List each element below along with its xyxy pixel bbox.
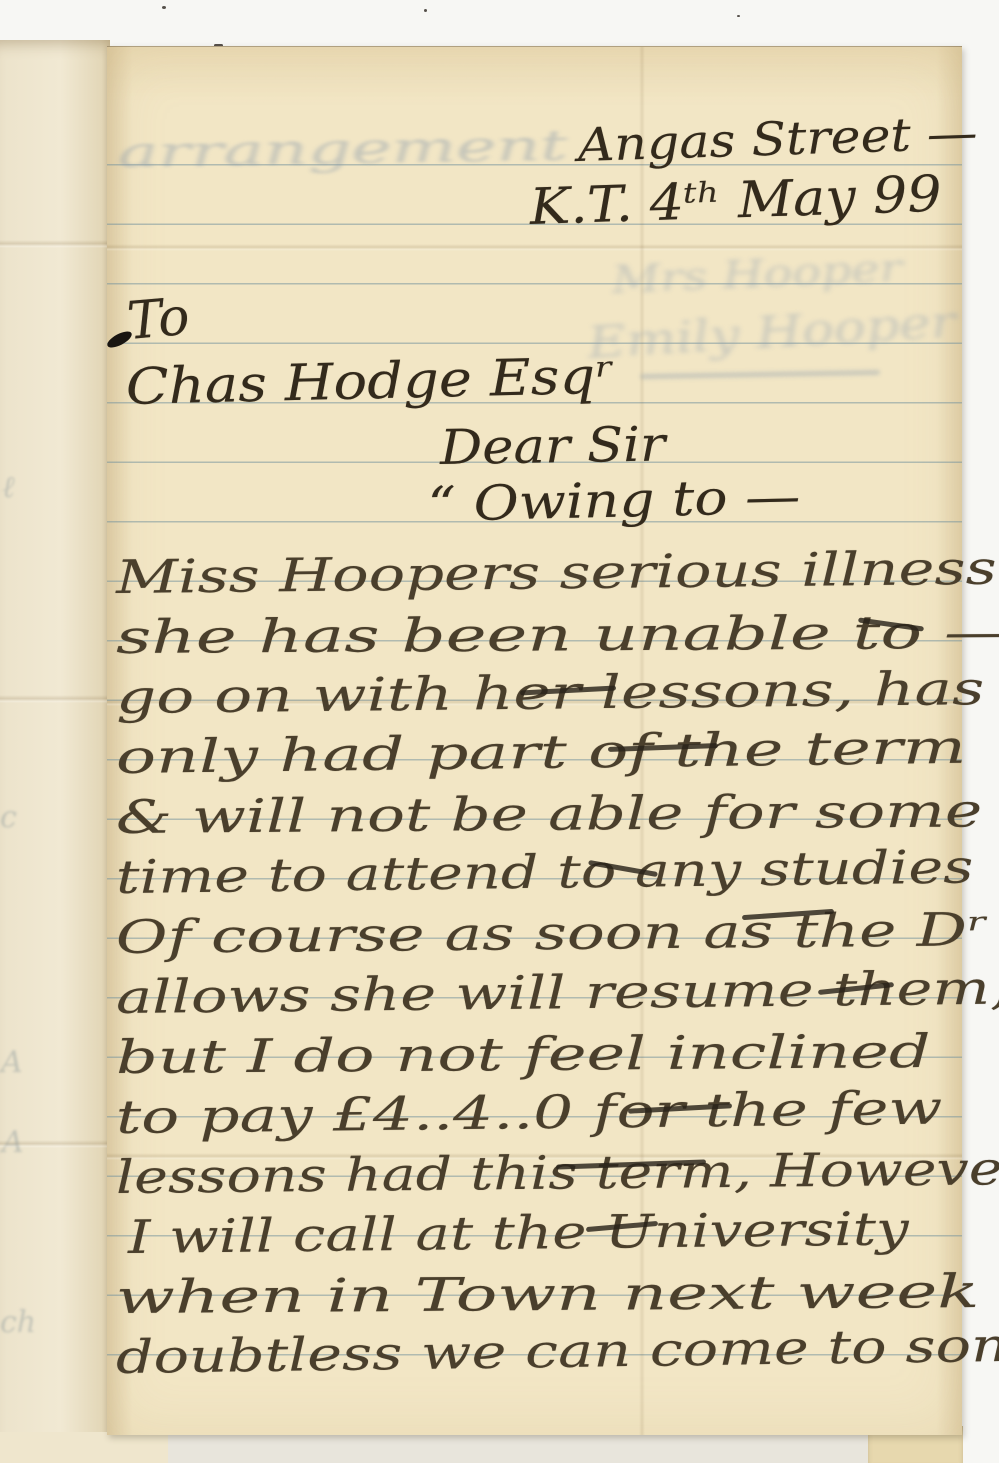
scan-speck — [162, 6, 166, 9]
fold-crease — [0, 695, 110, 703]
bleedthrough-mark: ch — [0, 1305, 36, 1340]
letter-opening: “ Owing to — — [427, 469, 801, 533]
facing-page: ℓ c A A ch — [0, 40, 110, 1463]
fold-crease — [0, 240, 110, 248]
bleedthrough-mark: ℓ — [2, 470, 15, 505]
letter-line: but I do not feel inclined — [116, 1024, 932, 1084]
letter-line: Of course as soon as the Dʳ — [115, 902, 989, 964]
letter-line: Miss Hoopers serious illness — [115, 541, 997, 604]
letter-line: only had part of the term — [115, 720, 966, 784]
letter-line: lessons had this term, However — [116, 1141, 999, 1204]
letter-line: to pay £4..4..0 for the few — [115, 1081, 943, 1144]
bleedthrough-mark: A — [2, 1125, 24, 1160]
under-sheet — [0, 1432, 168, 1463]
letter-line: & will not be able for some — [116, 783, 983, 844]
letter-line: time to attend to any studies — [115, 839, 974, 904]
bleedthrough-pencil-note: arrangement — [117, 121, 569, 177]
letter-line: when in Town next week & — [115, 1263, 999, 1324]
under-sheet — [168, 1432, 868, 1463]
bleedthrough-mark: c — [0, 800, 17, 835]
scan-speck — [424, 9, 427, 12]
letter-recipient: Chas Hodge Esqʳ — [125, 347, 615, 416]
letter-line: I will call at the University — [127, 1201, 909, 1264]
letter-greeting: Dear Sir — [439, 416, 665, 476]
letter-line: she has been unable to — — [116, 605, 999, 664]
letter-line: allows she will resume them, — [115, 961, 999, 1024]
bleedthrough-mark: A — [1, 1045, 23, 1080]
letter-to-word: To — [125, 287, 192, 352]
scan-speck — [737, 15, 740, 17]
